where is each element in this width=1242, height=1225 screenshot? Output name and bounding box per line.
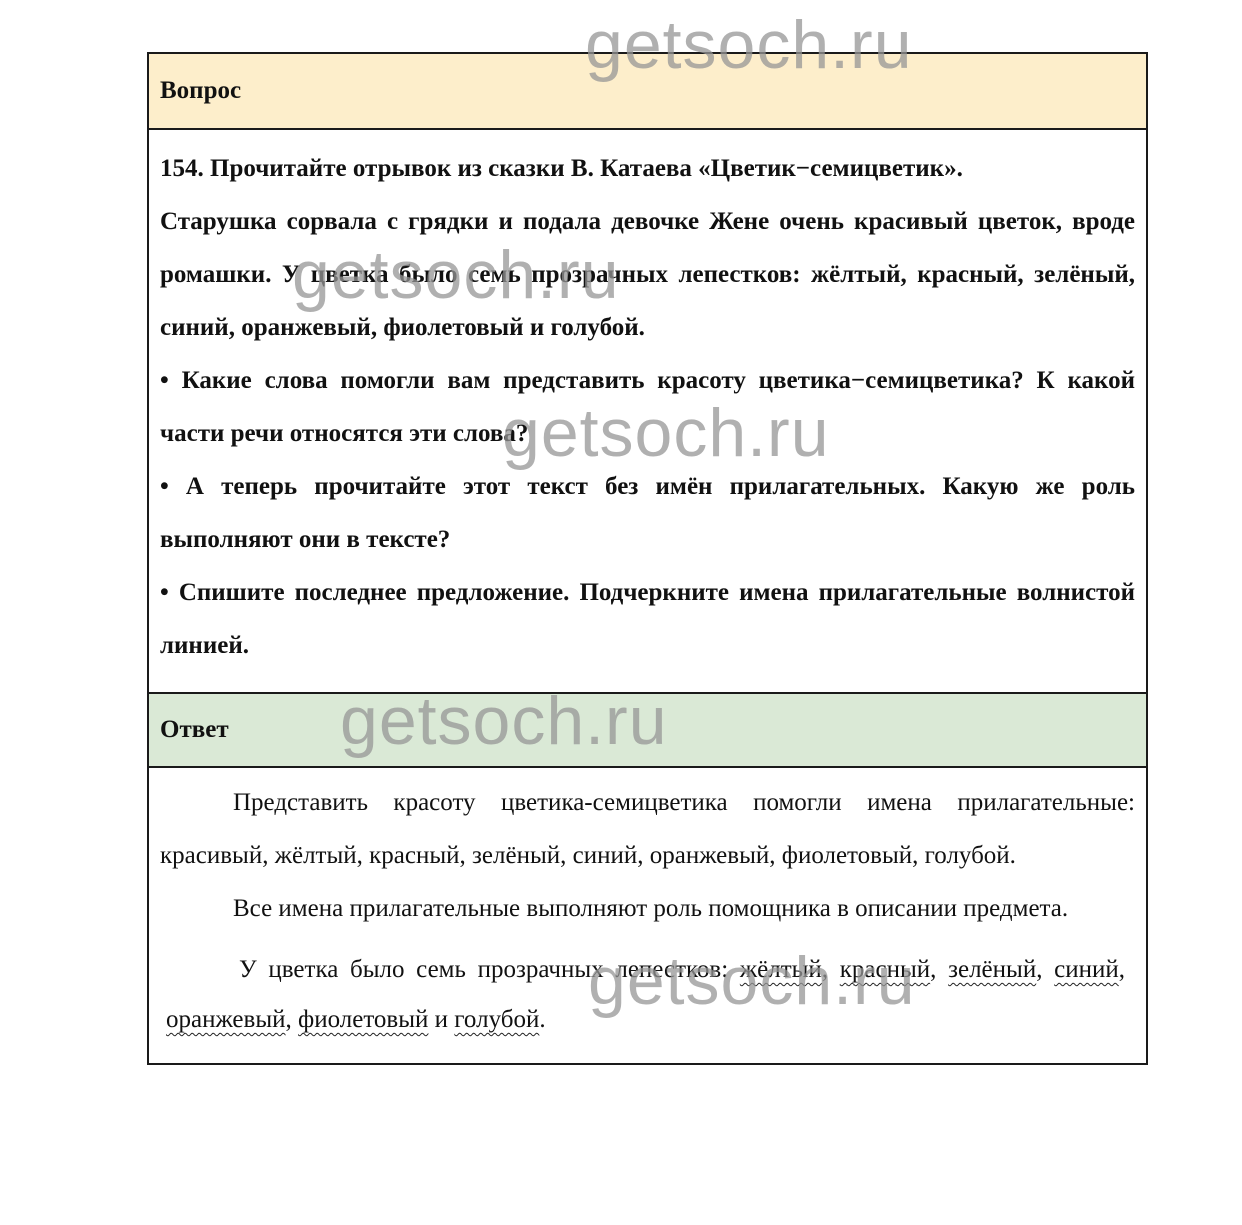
qa-table: Вопрос 154. Прочитайте отрывок из сказки…	[147, 52, 1148, 1065]
answer-header: Ответ	[149, 692, 1146, 768]
question-body: 154. Прочитайте отрывок из сказки В. Кат…	[149, 130, 1146, 692]
answer-header-label: Ответ	[160, 716, 229, 744]
answer-example-sentence: У цветка было семь прозрачных лепестков:…	[160, 945, 1135, 1045]
answer-body: Представить красоту цветика-семицветика …	[149, 768, 1146, 1063]
underlined-adjective: красный	[840, 956, 930, 983]
task-2: • А теперь прочитайте этот текст без имё…	[160, 460, 1135, 566]
question-header: Вопрос	[149, 54, 1146, 130]
underlined-adjective: фиолетовый	[298, 1006, 428, 1033]
excerpt: Старушка сорвала с грядки и подала девоч…	[160, 195, 1135, 354]
underlined-adjective: жёлтый	[740, 956, 822, 983]
underlined-adjective: голубой	[454, 1006, 539, 1033]
underlined-adjective: синий	[1054, 956, 1119, 983]
answer-paragraph: Представить красоту цветика-семицветика …	[160, 776, 1135, 882]
question-title: 154. Прочитайте отрывок из сказки В. Кат…	[160, 142, 1135, 195]
task-1: • Какие слова помогли вам представить кр…	[160, 354, 1135, 460]
underlined-adjective: оранжевый	[166, 1006, 286, 1033]
question-header-label: Вопрос	[160, 77, 241, 105]
underlined-adjective: зелёный	[948, 956, 1036, 983]
answer-paragraph: Все имена прилагательные выполняют роль …	[160, 882, 1135, 935]
task-3: • Спишите последнее предложение. Подчерк…	[160, 566, 1135, 672]
